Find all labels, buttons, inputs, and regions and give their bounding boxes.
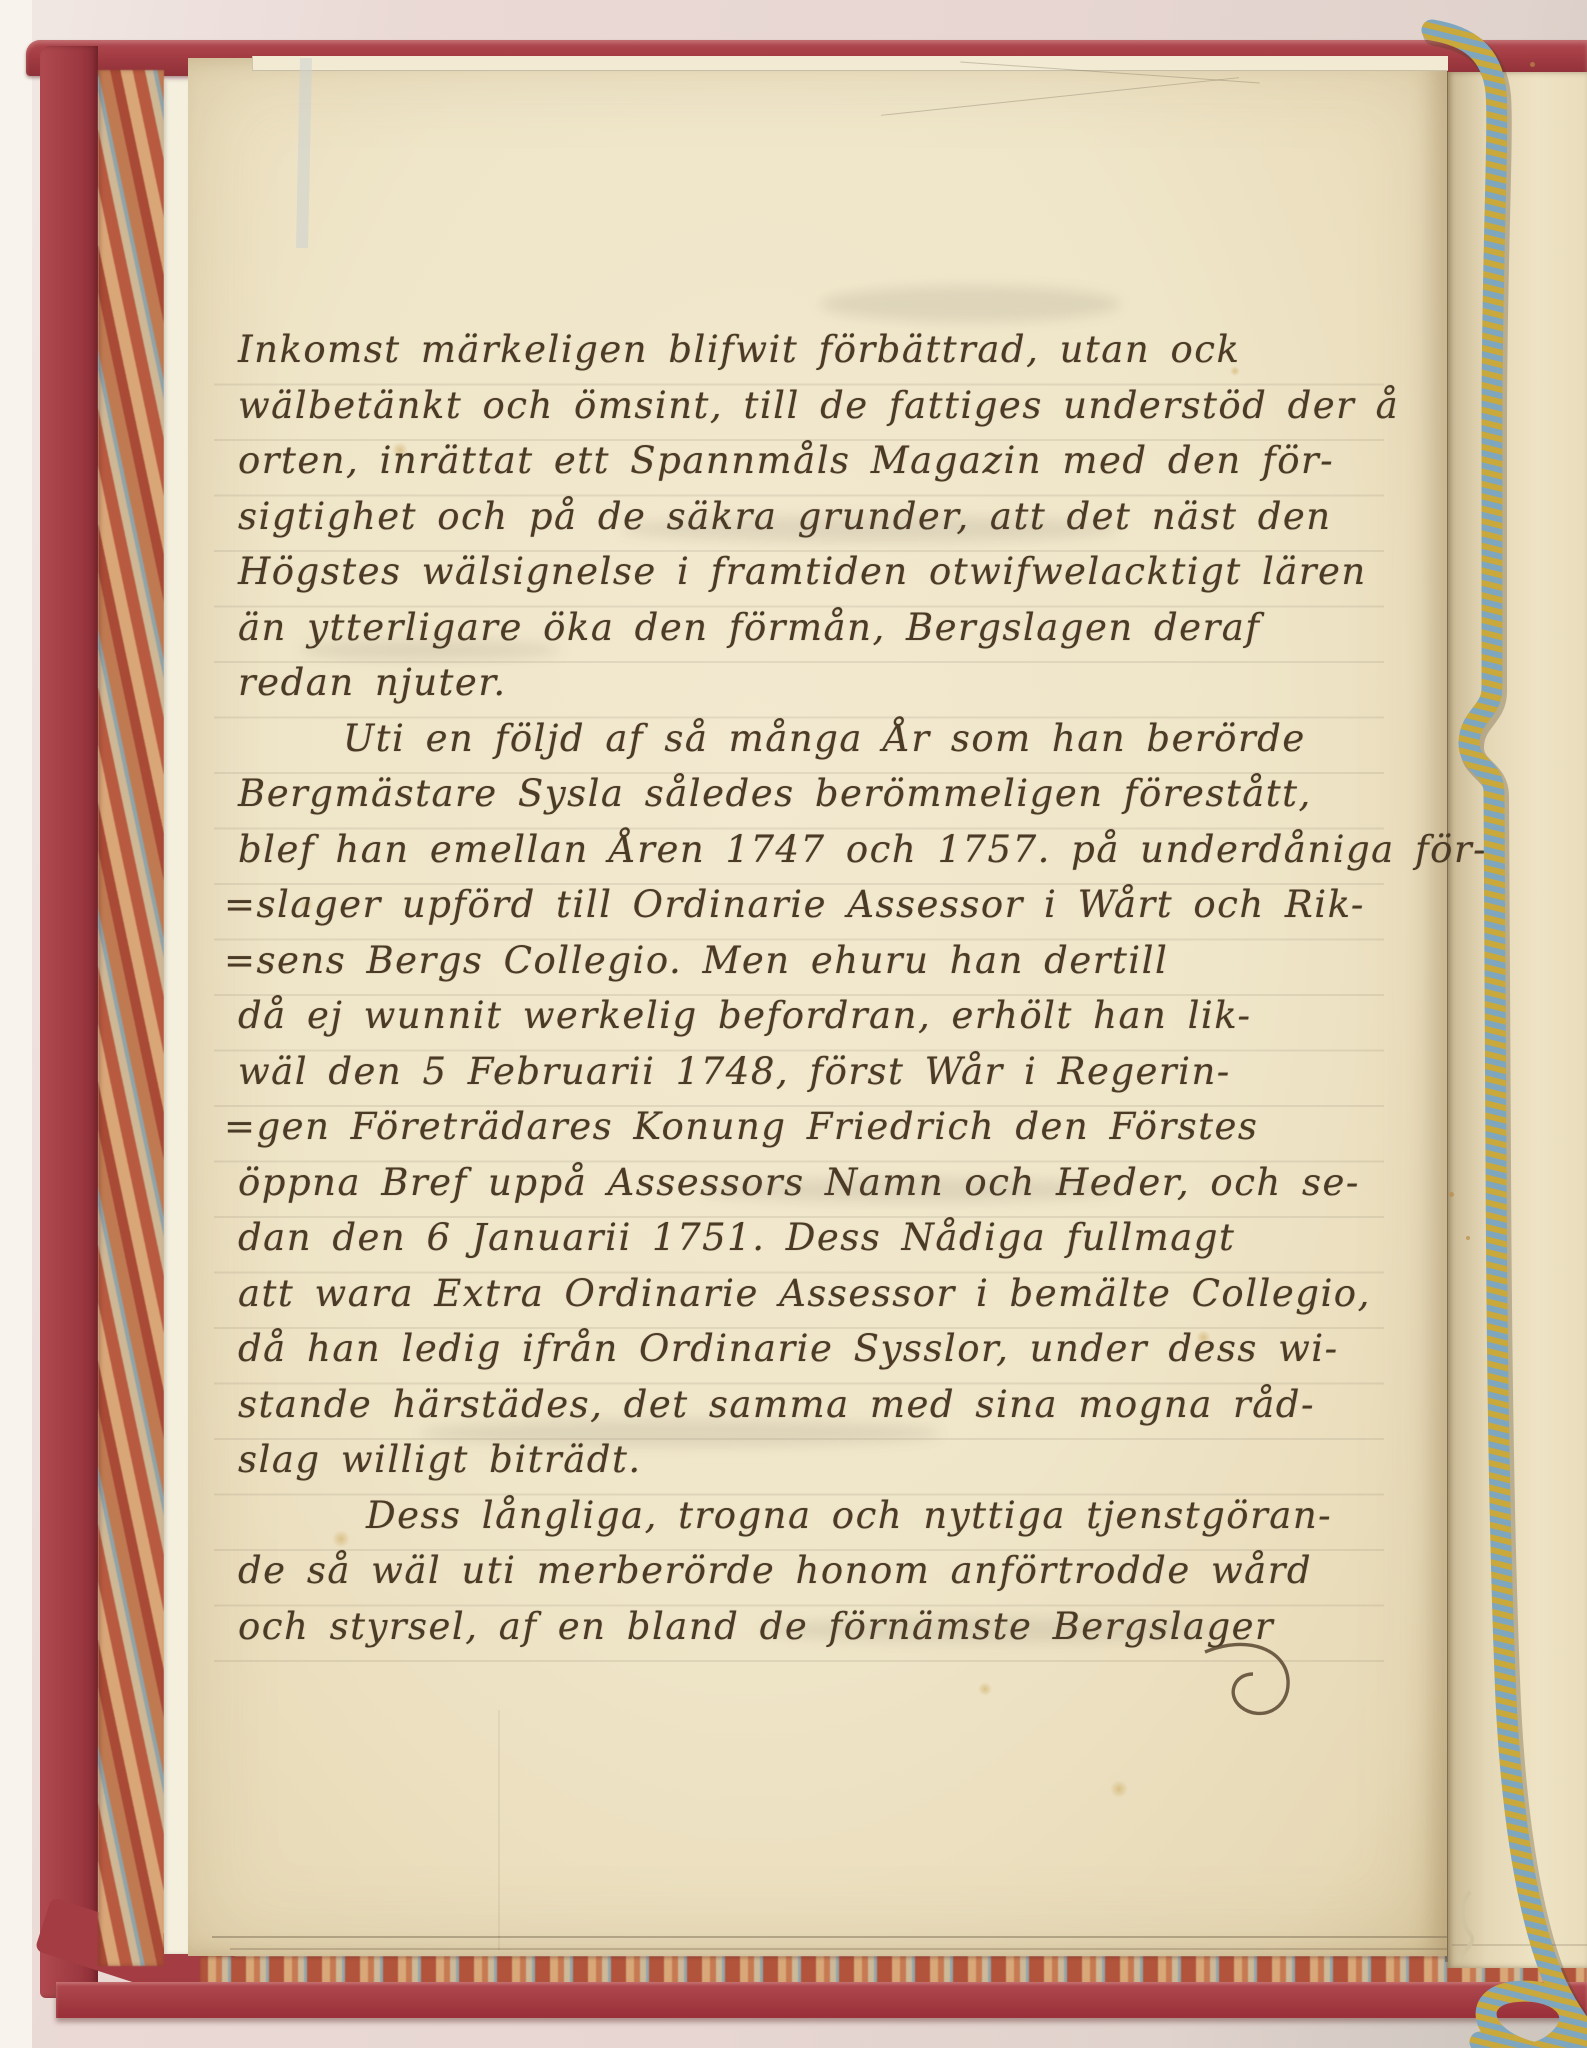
- manuscript-line: Bergmästare Sysla således berömmeligen f…: [238, 766, 1428, 822]
- fleck: [1449, 1192, 1454, 1197]
- manuscript-line: Dess långliga, trogna och nyttiga tjenst…: [366, 1488, 1428, 1544]
- manuscript-line: =gen Företrädares Konung Friedrich den F…: [224, 1099, 1428, 1155]
- manuscript-line: redan njuter.: [238, 655, 1428, 711]
- manuscript-line: =slager upförd till Ordinarie Assessor i…: [224, 877, 1428, 933]
- scanner-bed-strip: [0, 0, 32, 2048]
- stain: [978, 1682, 992, 1696]
- manuscript-line: då han ledig ifrån Ordinarie Sysslor, un…: [238, 1321, 1428, 1377]
- facing-page: [1447, 72, 1587, 1968]
- manuscript-line: wälbetänkt och ömsint, till de fattiges …: [238, 378, 1428, 434]
- page-stack-edge: [164, 80, 190, 1954]
- fleck: [1530, 62, 1535, 67]
- manuscript-line: Inkomst märkeligen blifwit förbättrad, u…: [238, 322, 1428, 378]
- manuscript-line: blef han emellan Åren 1747 och 1757. på …: [238, 822, 1428, 878]
- manuscript-line: då ej wunnit werkelig befordran, erhölt …: [238, 988, 1428, 1044]
- manuscript-line: och styrsel, af en bland de förnämste Be…: [238, 1599, 1428, 1655]
- manuscript-line: =sens Bergs Collegio. Men ehuru han dert…: [224, 933, 1428, 989]
- stain: [1110, 1780, 1128, 1798]
- sheet-edge-line: [230, 1948, 1447, 1950]
- manuscript-line: slag willigt biträdt.: [238, 1432, 1428, 1488]
- manuscript-line: dan den 6 Januarii 1751. Dess Nådiga ful…: [238, 1210, 1428, 1266]
- manuscript-text-block: Inkomst märkeligen blifwit förbättrad, u…: [238, 322, 1428, 1654]
- manuscript-line: wäl den 5 Februarii 1748, först Wår i Re…: [238, 1044, 1428, 1100]
- manuscript-line: sigtighet och på de säkra grunder, att d…: [238, 489, 1428, 545]
- ink-bleed-smudge: [820, 286, 1120, 322]
- manuscript-line: Uti en följd af så många År som han berö…: [343, 711, 1428, 767]
- book-cover-left-edge: [40, 46, 98, 1998]
- manuscript-line: än ytterligare öka den förmån, Bergslage…: [238, 600, 1428, 656]
- sheet-edge-top: [252, 56, 1448, 71]
- fleck: [1466, 1236, 1470, 1240]
- manuscript-line: Högstes wälsignelse i framtiden otwifwel…: [238, 544, 1428, 600]
- marbled-endpaper-left: [98, 70, 164, 1966]
- sheet-edge-line: [212, 1936, 1447, 1938]
- manuscript-line: stande härstädes, det samma med sina mog…: [238, 1377, 1428, 1433]
- manuscript-line: de så wäl uti merberörde honom anförtrod…: [238, 1543, 1428, 1599]
- book-cover-bottom-edge: [56, 1982, 1587, 2018]
- paper-crease: [498, 1710, 500, 1950]
- manuscript-line: orten, inrättat ett Spannmåls Magazin me…: [238, 433, 1428, 489]
- manuscript-line: att wara Extra Ordinarie Assessor i bemä…: [238, 1266, 1428, 1322]
- manuscript-line: öppna Bref uppå Assessors Namn och Heder…: [238, 1155, 1428, 1211]
- scanned-manuscript-page: Inkomst märkeligen blifwit förbättrad, u…: [0, 0, 1587, 2048]
- sheet-edge-line: [1452, 1944, 1587, 1946]
